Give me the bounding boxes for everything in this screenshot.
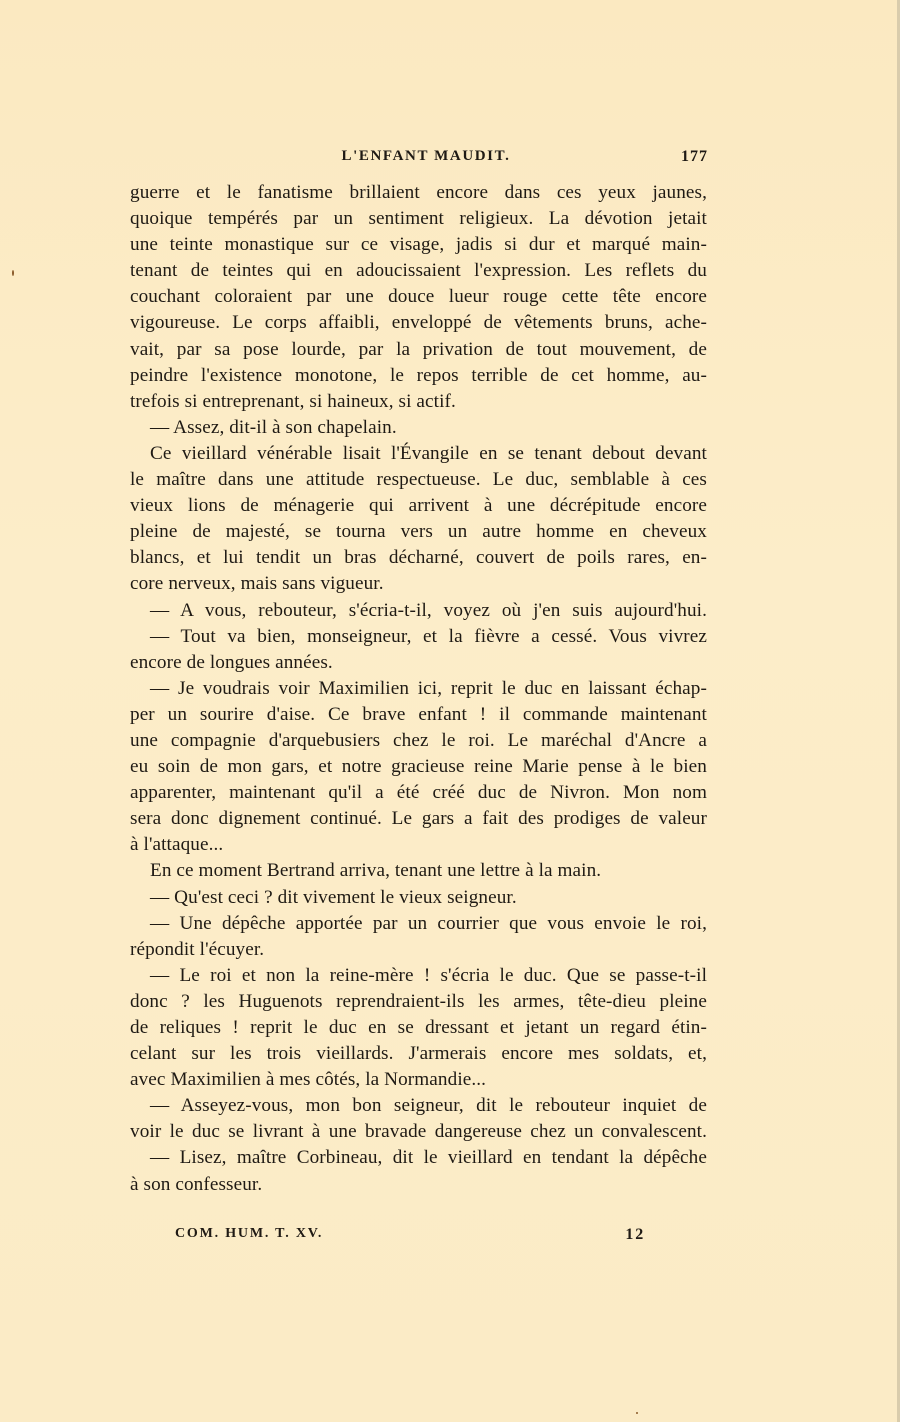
- text-line: de reliques ! reprit le duc en se dressa…: [130, 1015, 707, 1041]
- text-line: blancs, et lui tendit un bras décharné, …: [130, 545, 707, 571]
- text-line: — Tout va bien, monseigneur, et la fièvr…: [130, 624, 707, 650]
- text-line: vait, par sa pose lourde, par la privati…: [130, 337, 707, 363]
- text-line: tenant de teintes qui en adoucissaient l…: [130, 258, 707, 284]
- text-line: apparenter, maintenant qu'il a été créé …: [130, 780, 707, 806]
- text-line: quoique tempérés par un sentiment religi…: [130, 206, 707, 232]
- text-line: répondit l'écuyer.: [130, 937, 707, 963]
- text-line: trefois si entreprenant, si haineux, si …: [130, 389, 707, 415]
- text-line: à son confesseur.: [130, 1172, 707, 1198]
- sheet-number: 12: [625, 1226, 645, 1244]
- text-line: voir le duc se livrant à une bravade dan…: [130, 1119, 707, 1145]
- text-line: eu soin de mon gars, et notre gracieuse …: [130, 754, 707, 780]
- text-line: pleine de majesté, se tourna vers un aut…: [130, 519, 707, 545]
- text-line: encore de longues années.: [130, 650, 707, 676]
- text-line: — Lisez, maître Corbineau, dit le vieill…: [130, 1145, 707, 1171]
- text-line: core nerveux, mais sans vigueur.: [130, 571, 707, 597]
- page-number: 177: [681, 148, 708, 166]
- text-line: Ce vieillard vénérable lisait l'Évangile…: [130, 441, 707, 467]
- text-line: à l'attaque...: [130, 832, 707, 858]
- text-line: celant sur les trois vieillards. J'armer…: [130, 1041, 707, 1067]
- footer: COM. HUM. T. XV. 12: [175, 1226, 645, 1246]
- text-line: — Le roi et non la reine-mère ! s'écria …: [130, 963, 707, 989]
- text-line: vigoureuse. Le corps affaibli, enveloppé…: [130, 310, 707, 336]
- text-line: avec Maximilien à mes côtés, la Normandi…: [130, 1067, 707, 1093]
- text-line: En ce moment Bertrand arriva, tenant une…: [130, 858, 707, 884]
- text-line: peindre l'existence monotone, le repos t…: [130, 363, 707, 389]
- text-line: sera donc dignement continué. Le gars a …: [130, 806, 707, 832]
- book-page: L'ENFANT MAUDIT. 177 guerre et le fanati…: [0, 0, 900, 1422]
- text-line: le maître dans une attitude respectueuse…: [130, 467, 707, 493]
- text-line: — Qu'est ceci ? dit vivement le vieux se…: [130, 885, 707, 911]
- text-line: per un sourire d'aise. Ce brave enfant !…: [130, 702, 707, 728]
- text-line: vieux lions de ménagerie qui arrivent à …: [130, 493, 707, 519]
- text-line: une teinte monastique sur ce visage, jad…: [130, 232, 707, 258]
- text-line: donc ? les Huguenots reprendraient-ils l…: [130, 989, 707, 1015]
- text-line: une compagnie d'arquebusiers chez le roi…: [130, 728, 707, 754]
- running-head: L'ENFANT MAUDIT. 177: [130, 148, 708, 168]
- paper-speck: [636, 1412, 638, 1414]
- text-line: — Assez, dit-il à son chapelain.: [130, 415, 707, 441]
- text-line: guerre et le fanatisme brillaient encore…: [130, 180, 707, 206]
- text-line: — Je voudrais voir Maximilien ici, repri…: [130, 676, 707, 702]
- body-text: guerre et le fanatisme brillaient encore…: [130, 180, 707, 1198]
- running-title: L'ENFANT MAUDIT.: [130, 148, 708, 165]
- text-line: — Une dépêche apportée par un courrier q…: [130, 911, 707, 937]
- paper-speck: [12, 270, 14, 276]
- text-line: — A vous, rebouteur, s'écria-t-il, voyez…: [130, 598, 707, 624]
- text-line: couchant coloraient par une douce lueur …: [130, 284, 707, 310]
- signature-mark: COM. HUM. T. XV.: [175, 1226, 323, 1242]
- text-line: — Asseyez-vous, mon bon seigneur, dit le…: [130, 1093, 707, 1119]
